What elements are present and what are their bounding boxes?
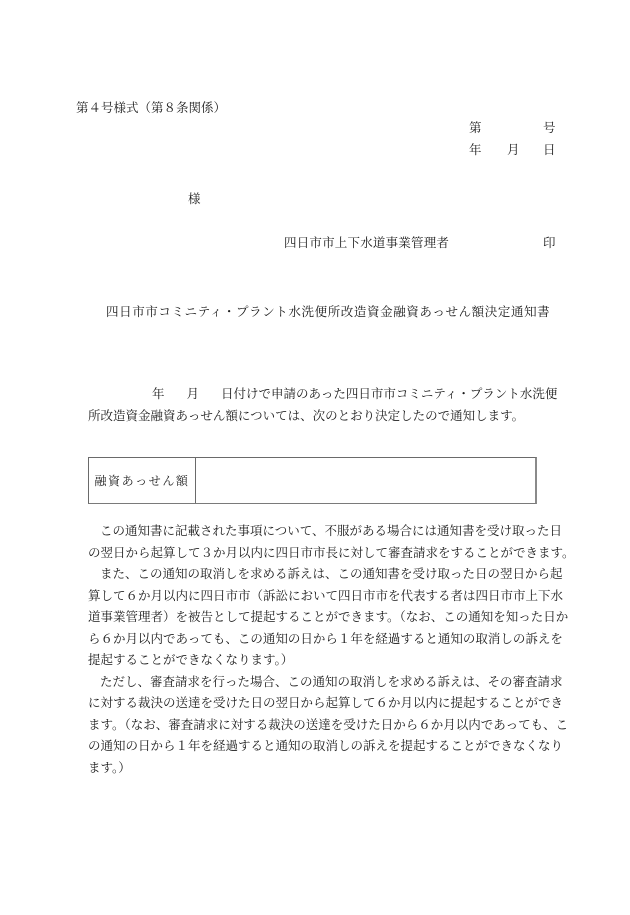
notice-line: の翌日から起算して３か月以内に四日市市長に対して審査請求をすることができます。 [88,542,558,564]
intro-paragraph: 年月日付けで申請のあった四日市市コミニティ・プラント水洗便 所改造資金融資あっせ… [88,383,548,426]
notice-line: ます。（なお、審査請求に対する裁決の送達を受けた日から６か月以内であっても、こ [88,714,558,736]
recipient-honorific: 様 [188,193,201,206]
issuer-name: 四日市市上下水道事業管理者 [284,237,449,250]
intro-line-1: 年月日付けで申請のあった四日市市コミニティ・プラント水洗便 [88,383,548,405]
loan-amount-value [196,458,535,503]
form-number: 第４号様式（第８条関係） [76,102,226,115]
document-title: 四日市市コミニティ・プラント水洗便所改造資金融資あっせん額決定通知書 [106,306,550,319]
notice-line: また、この通知の取消しを求める訴えは、この通知書を受け取った日の翌日から起 [88,563,558,585]
notice-line: ただし、審査請求を行った場合、この通知の取消しを求める訴えは、その審査請求 [88,671,558,693]
date-month-label: 月 [507,144,520,157]
date-year-label: 年 [469,144,482,157]
notice-line: 提起することができなくなります。） [88,649,558,671]
notice-line: に対する裁決の送達を受けた日の翌日から起算して６か月以内に提起することができ [88,692,558,714]
intro-year-label: 年 [152,386,165,401]
intro-month-label: 月 [187,386,200,401]
notice-line: ら６か月以内であっても、この通知の日から１年を経過すると通知の取消しの訴えを [88,628,558,650]
document-number-suffix: 号 [543,122,556,135]
loan-amount-label: 融資あっせん額 [89,458,196,503]
seal-mark: 印 [543,237,556,250]
loan-amount-table: 融資あっせん額 [88,457,537,504]
notice-line: 道事業管理者）を被告として提起することができます。（なお、この通知を知った日か [88,606,558,628]
intro-line-1-text: 日付けで申請のあった四日市市コミニティ・プラント水洗便 [221,386,557,401]
notice-line: この通知書に記載された事項について、不服がある場合には通知書を受け取った日 [88,520,558,542]
notice-line: ます。） [88,757,558,779]
notice-line: 算して６か月以内に四日市市（訴訟において四日市市を代表する者は四日市市上下水 [88,585,558,607]
intro-line-2: 所改造資金融資あっせん額については、次のとおり決定したので通知します。 [88,405,548,427]
date-day-label: 日 [543,144,556,157]
notice-paragraphs: この通知書に記載された事項について、不服がある場合には通知書を受け取った日 の翌… [88,520,558,778]
notice-line: の通知の日から１年を経過すると通知の取消しの訴えを提起することができなくなり [88,735,558,757]
document-number-prefix: 第 [469,122,482,135]
